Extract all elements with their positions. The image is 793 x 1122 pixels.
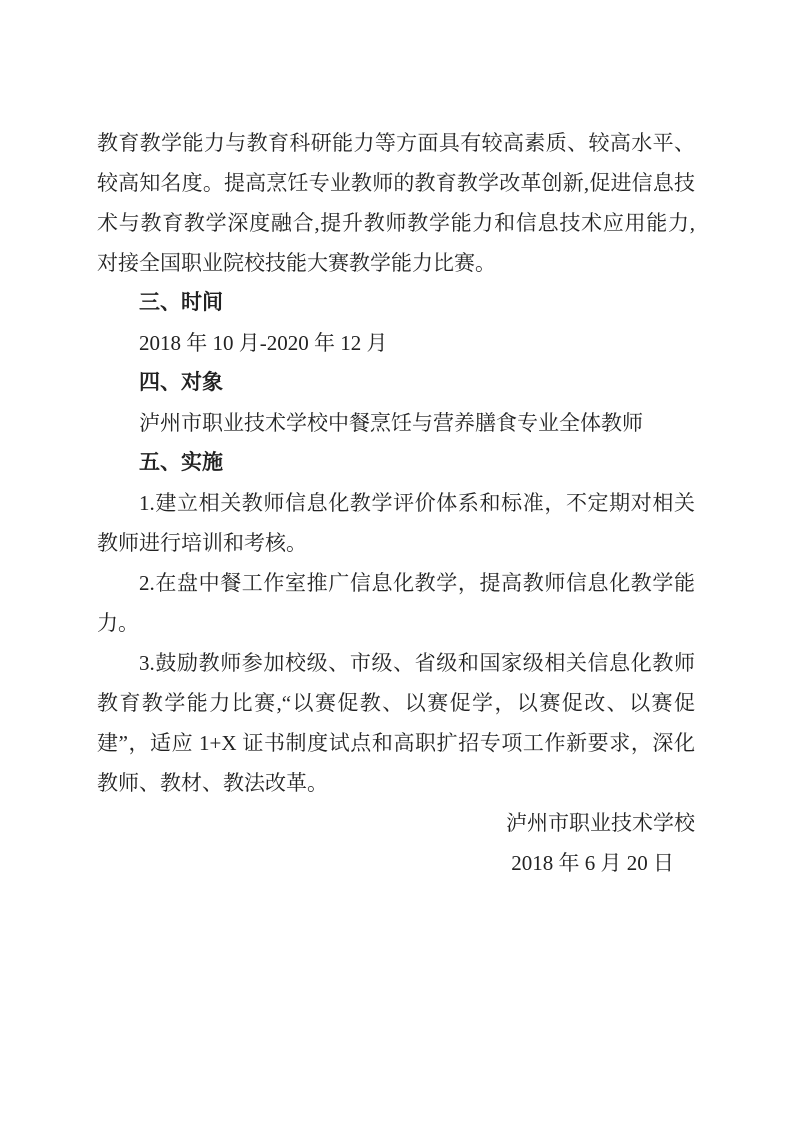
section-heading-target: 四、对象 [97, 363, 695, 403]
implementation-item-1: 1.建立相关教师信息化教学评价体系和标准，不定期对相关教师进行培训和考核。 [97, 483, 695, 563]
signature-date: 2018 年 6 月 20 日 [97, 843, 695, 883]
signature-school-name: 泸州市职业技术学校 [97, 803, 695, 843]
section-body-target: 泸州市职业技术学校中餐烹饪与营养膳食专业全体教师 [97, 403, 695, 443]
section-heading-time: 三、时间 [97, 283, 695, 323]
body-paragraph-continuation: 教育教学能力与教育科研能力等方面具有较高素质、较高水平、较高知名度。提高烹饪专业… [97, 123, 695, 283]
implementation-item-3: 3.鼓励教师参加校级、市级、省级和国家级相关信息化教师教育教学能力比赛,“以赛促… [97, 643, 695, 803]
section-body-time-range: 2018 年 10 月-2020 年 12 月 [97, 323, 695, 363]
section-heading-implementation: 五、实施 [97, 443, 695, 483]
implementation-item-2: 2.在盘中餐工作室推广信息化教学，提高教师信息化教学能力。 [97, 563, 695, 643]
document-page: 教育教学能力与教育科研能力等方面具有较高素质、较高水平、较高知名度。提高烹饪专业… [0, 0, 793, 1122]
